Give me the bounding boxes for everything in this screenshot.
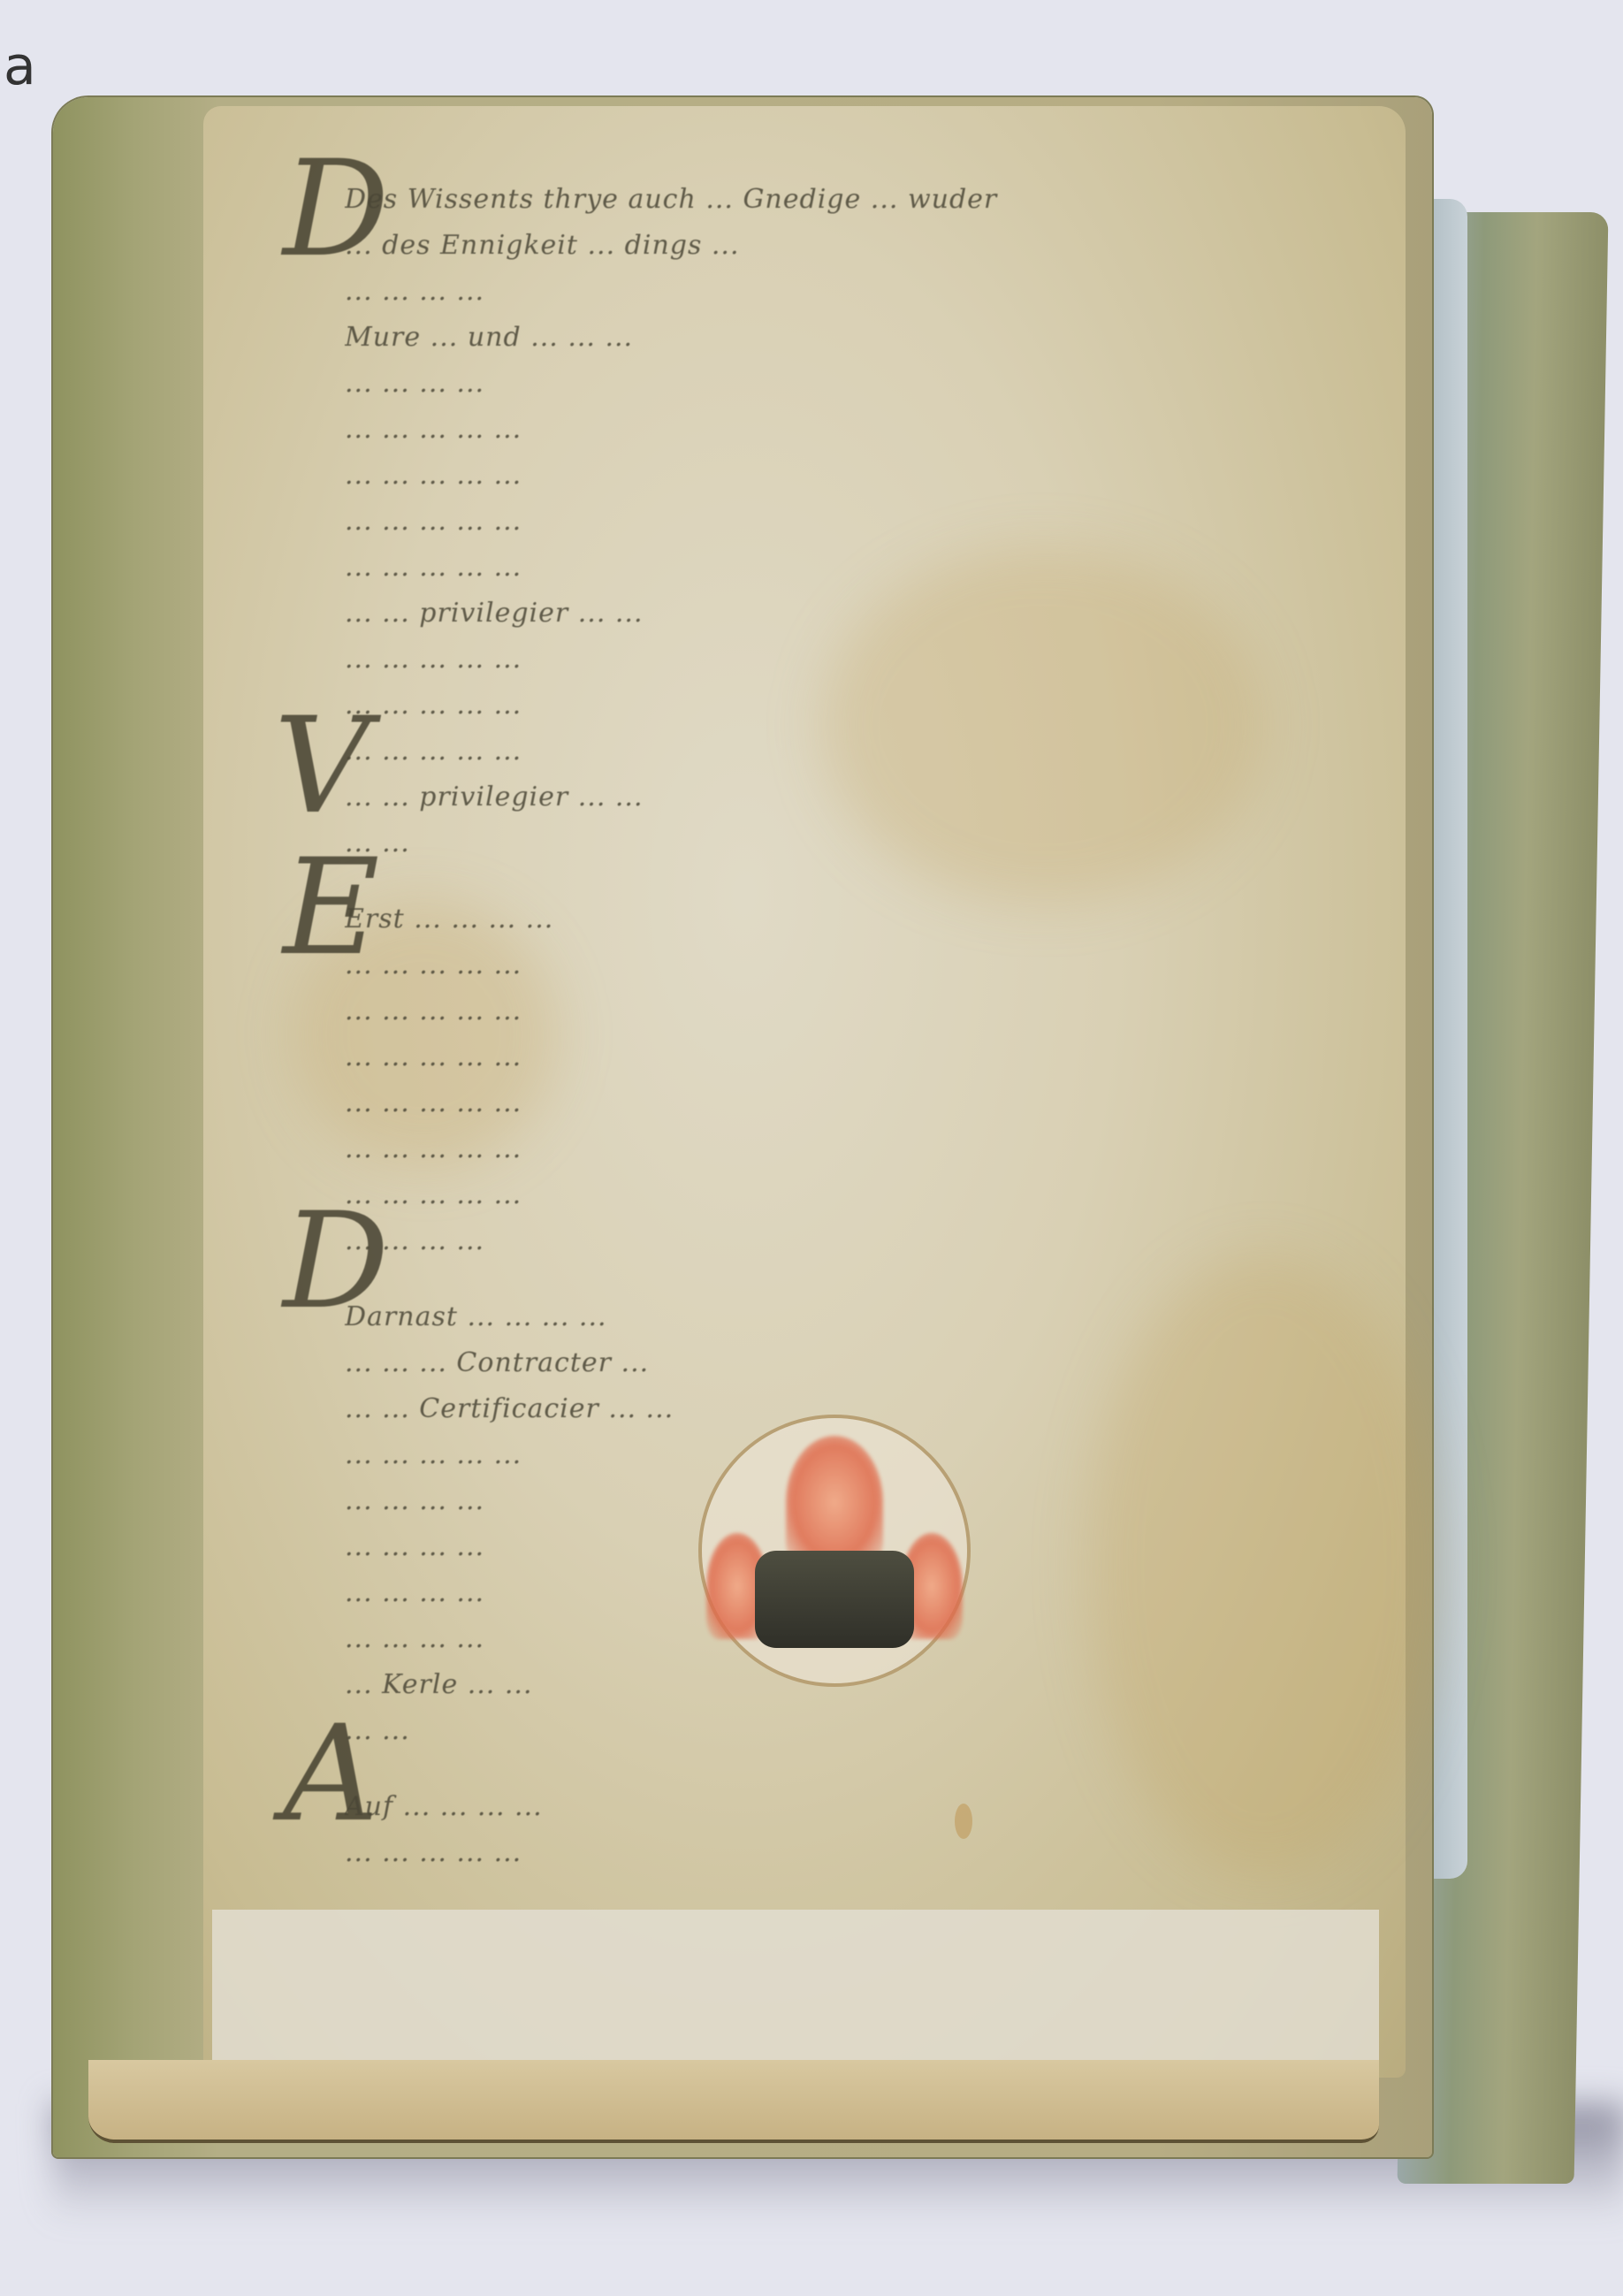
text-line: ... ... ... ... (345, 1524, 610, 1570)
text-line: ... Kerle ... ... (345, 1662, 610, 1708)
text-line: ... ... ... ... ... (345, 988, 1379, 1034)
text-line: ... ... privilegier ... ... (345, 774, 1379, 820)
ink-stain (955, 1804, 972, 1839)
text-line: ... ... ... ... ... (345, 453, 1379, 499)
text-line: ... ... ... ... (345, 1570, 610, 1616)
text-line: ... ... ... ... ... (345, 407, 1379, 453)
text-line: Erst ... ... ... ... (345, 896, 1379, 942)
text-line: ... ... ... ... ... (345, 1830, 1379, 1876)
text-line: ... ... ... ... (345, 269, 1379, 315)
flame-icon (786, 1436, 883, 1568)
text-line: ... ... ... ... ... (345, 1034, 1379, 1080)
text-line: Mure ... und ... ... ... (345, 315, 1379, 361)
text-line: Darnast ... ... ... ... (345, 1294, 1379, 1340)
burning-drum-illustration (698, 1415, 971, 1687)
text-line: ... ... (345, 1708, 1379, 1754)
text-line: ... ... ... ... ... (345, 1172, 1379, 1218)
margin-fragment: a (4, 35, 36, 97)
text-line: ... ... ... ... ... (345, 942, 1379, 988)
text-line: ... ... ... ... (345, 1478, 610, 1524)
worn-bottom-edge (88, 2060, 1379, 2143)
text-line: ... ... ... ... (345, 1616, 610, 1662)
text-line: ... ... privilegier ... ... (345, 591, 1379, 637)
text-line: Des Wissents thrye auch ... Gnedige ... … (345, 177, 1379, 223)
text-line: ... des Ennigkeit ... dings ... (345, 223, 1379, 269)
text-line: ... ... ... ... ... (345, 1126, 1379, 1172)
text-line: ... ... ... ... (345, 361, 1379, 407)
text-line: ... ... (345, 820, 1379, 866)
text-line: ... ... ... ... ... (345, 499, 1379, 545)
drum-icon (755, 1551, 914, 1648)
text-line: ... ... ... ... ... (345, 728, 1379, 774)
text-line: ... ... ... ... (345, 1218, 1379, 1264)
text-line: ... ... ... ... ... (345, 683, 1379, 728)
text-line: ... ... ... ... ... (345, 545, 1379, 591)
text-line: ... ... ... ... ... (345, 637, 1379, 683)
text-line: ... ... ... ... ... (345, 1080, 1379, 1126)
text-line: ... ... ... Contracter ... (345, 1340, 1379, 1386)
text-line: Auf ... ... ... ... (345, 1784, 1379, 1830)
